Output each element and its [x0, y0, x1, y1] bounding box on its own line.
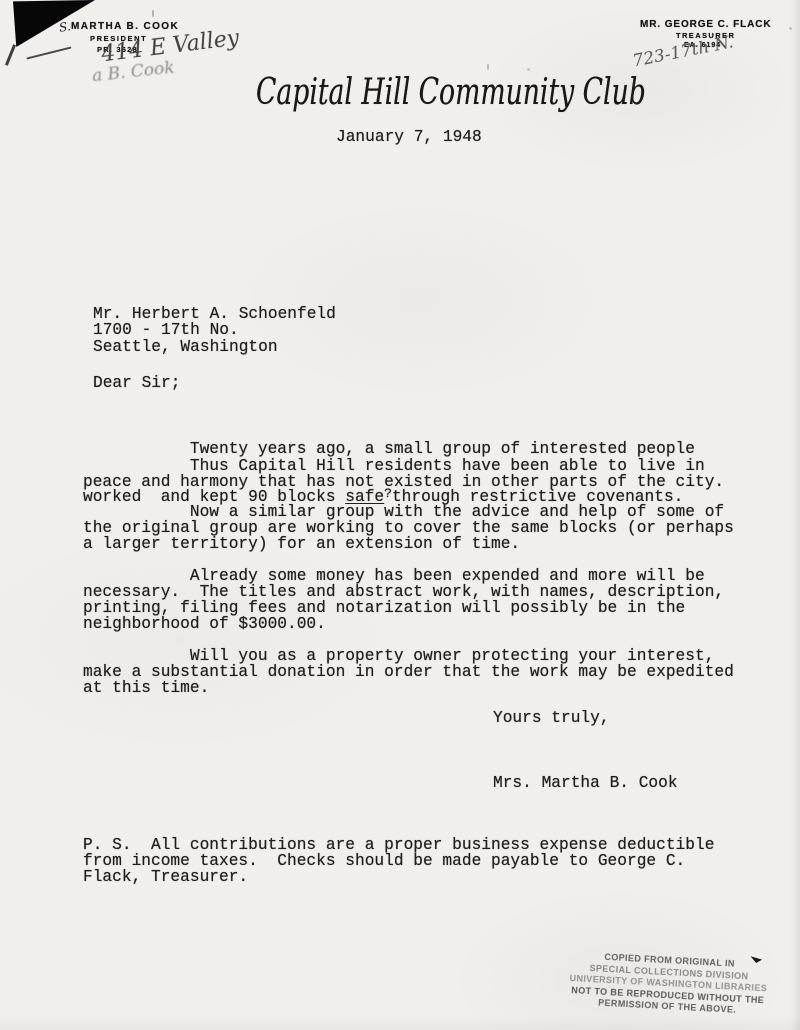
ink-dash-artifact — [5, 44, 16, 66]
paragraph-1-line-1: Twenty years ago, a small group of inter… — [83, 441, 695, 457]
letterhead-right-name: MR. GEORGE C. FLACK — [640, 19, 772, 30]
library-stamp: COPIED FROM ORIGINAL IN SPECIAL COLLECTI… — [567, 950, 770, 1018]
postscript: P. S. All contributions are a proper bus… — [83, 837, 714, 885]
paragraph-3: Now a similar group with the advice and … — [83, 504, 734, 552]
club-name-title: Capital Hill Community Club — [256, 70, 646, 116]
speck-4 — [152, 10, 154, 17]
date-line: January 7, 1948 — [336, 129, 482, 145]
letterhead-left-name: MARTHA B. COOK — [71, 21, 179, 32]
paragraph-4: Already some money has been expended and… — [83, 568, 724, 632]
pen-stroke-artifact — [26, 46, 71, 59]
paragraph-2: Thus Capital Hill residents have been ab… — [83, 458, 724, 490]
paragraph-5: Will you as a property owner protecting … — [83, 648, 734, 696]
signature-name: Mrs. Martha B. Cook — [493, 775, 678, 791]
speck-1 — [789, 27, 792, 30]
closing-line: Yours truly, — [493, 710, 610, 726]
recipient-address: Mr. Herbert A. Schoenfeld 1700 - 17th No… — [93, 306, 336, 355]
letterhead-left-mark: S. — [58, 19, 71, 34]
scanned-letter-page: S. MARTHA B. COOK PRESIDENT PR. 3628 MR.… — [0, 0, 800, 1030]
salutation: Dear Sir; — [93, 375, 180, 391]
